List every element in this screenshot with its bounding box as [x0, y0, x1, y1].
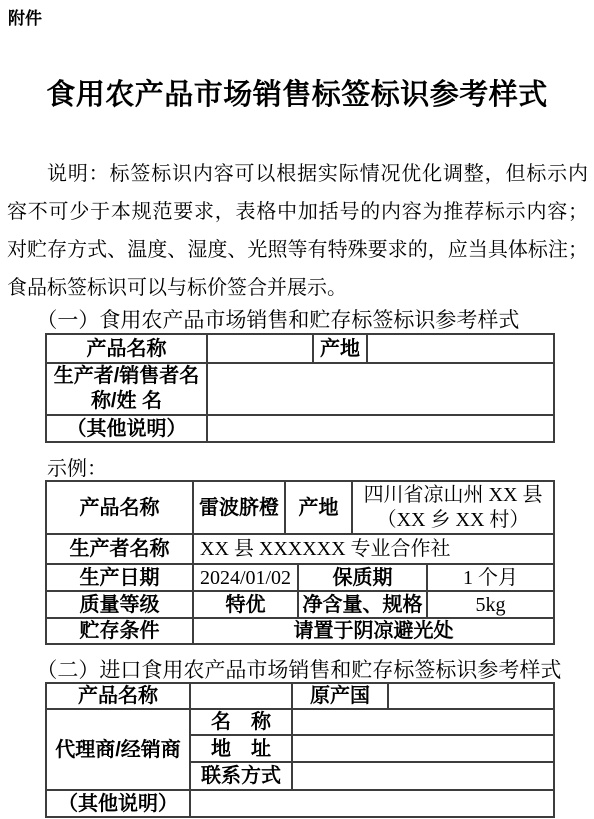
- origin-label: 产地: [285, 481, 352, 534]
- quality-grade-value: 特优: [193, 591, 298, 618]
- product-name-value-cell: [207, 334, 313, 363]
- description-paragraph: 说明：标签标识内容可以根据实际情况优化调整，但标示内 容不可少于本规范要求，表格…: [7, 155, 588, 307]
- production-date-value: 2024/01/02: [193, 564, 298, 591]
- other-notes-label: （其他说明）: [46, 790, 190, 817]
- other-notes-value-cell: [190, 790, 554, 817]
- document-page: 附件 食用农产品市场销售标签标识参考样式 说明：标签标识内容可以根据实际情况优化…: [0, 0, 594, 819]
- net-content-value: 5kg: [427, 591, 554, 618]
- example-label-table: 产品名称 雷波脐橙 产地 四川省凉山州 XX 县 （XX 乡 XX 村） 生产者…: [45, 480, 555, 645]
- product-name-value: 雷波脐橙: [193, 481, 285, 534]
- table-row: 生产日期 2024/01/02 保质期 1 个月: [46, 564, 554, 591]
- origin-label: 产地: [313, 334, 367, 363]
- sale-storage-label-table: 产品名称 产地 生产者/销售者名 称/姓 名 （其他说明）: [45, 333, 555, 443]
- origin-country-label: 原产国: [292, 683, 388, 709]
- storage-condition-label: 贮存条件: [46, 618, 193, 644]
- origin-country-value-cell: [388, 683, 554, 709]
- table-row: 代理商/经销商 名 称: [46, 709, 554, 735]
- import-label-table: 产品名称 原产国 代理商/经销商 名 称 地 址 联系方式 （其他说明）: [45, 682, 555, 818]
- net-content-label: 净含量、规格: [298, 591, 427, 618]
- section-2-heading: （二）进口食用农产品市场销售和贮存标签标识参考样式: [7, 654, 588, 684]
- description-line: 食品标签标识可以与标价签合并展示。: [7, 269, 588, 307]
- table-row: 产品名称 产地: [46, 334, 554, 363]
- product-name-label: 产品名称: [46, 334, 207, 363]
- attachment-label: 附件: [8, 4, 42, 29]
- agent-name-value-cell: [292, 709, 554, 735]
- agent-contact-value-cell: [292, 762, 554, 790]
- producer-seller-value-cell: [207, 363, 554, 415]
- agent-name-label: 名 称: [190, 709, 292, 735]
- shelf-life-value: 1 个月: [427, 564, 554, 591]
- description-line: 容不可少于本规范要求，表格中加括号的内容为推荐标示内容；: [7, 193, 588, 231]
- page-title: 食用农产品市场销售标签标识参考样式: [0, 72, 594, 113]
- origin-value: 四川省凉山州 XX 县 （XX 乡 XX 村）: [352, 481, 554, 534]
- quality-grade-label: 质量等级: [46, 591, 193, 618]
- agent-address-label: 地 址: [190, 735, 292, 762]
- table-row: 贮存条件 请置于阴凉避光处: [46, 618, 554, 644]
- producer-seller-label: 生产者/销售者名 称/姓 名: [46, 363, 207, 415]
- example-label: 示例：: [47, 452, 107, 481]
- product-name-label: 产品名称: [46, 481, 193, 534]
- origin-value-cell: [367, 334, 554, 363]
- table-row: （其他说明）: [46, 790, 554, 817]
- shelf-life-label: 保质期: [298, 564, 427, 591]
- table-row: 生产者/销售者名 称/姓 名: [46, 363, 554, 415]
- agent-contact-label: 联系方式: [190, 762, 292, 790]
- producer-name-value: XX 县 XXXXXX 专业合作社: [193, 534, 554, 564]
- agent-address-value-cell: [292, 735, 554, 762]
- product-name-value-cell: [190, 683, 292, 709]
- table-row: 质量等级 特优 净含量、规格 5kg: [46, 591, 554, 618]
- other-notes-value-cell: [207, 415, 554, 442]
- producer-name-label: 生产者名称: [46, 534, 193, 564]
- other-notes-label: （其他说明）: [46, 415, 207, 442]
- storage-condition-value: 请置于阴凉避光处: [193, 618, 554, 644]
- table-row: 产品名称 雷波脐橙 产地 四川省凉山州 XX 县 （XX 乡 XX 村）: [46, 481, 554, 534]
- agent-distributor-label: 代理商/经销商: [46, 709, 190, 790]
- table-row: （其他说明）: [46, 415, 554, 442]
- section-1-heading: （一）食用农产品市场销售和贮存标签标识参考样式: [7, 304, 588, 334]
- table-row: 产品名称 原产国: [46, 683, 554, 709]
- production-date-label: 生产日期: [46, 564, 193, 591]
- table-row: 生产者名称 XX 县 XXXXXX 专业合作社: [46, 534, 554, 564]
- product-name-label: 产品名称: [46, 683, 190, 709]
- description-line: 说明：标签标识内容可以根据实际情况优化调整，但标示内: [7, 155, 588, 193]
- description-line: 对贮存方式、温度、湿度、光照等有特殊要求的，应当具体标注；: [7, 231, 588, 269]
